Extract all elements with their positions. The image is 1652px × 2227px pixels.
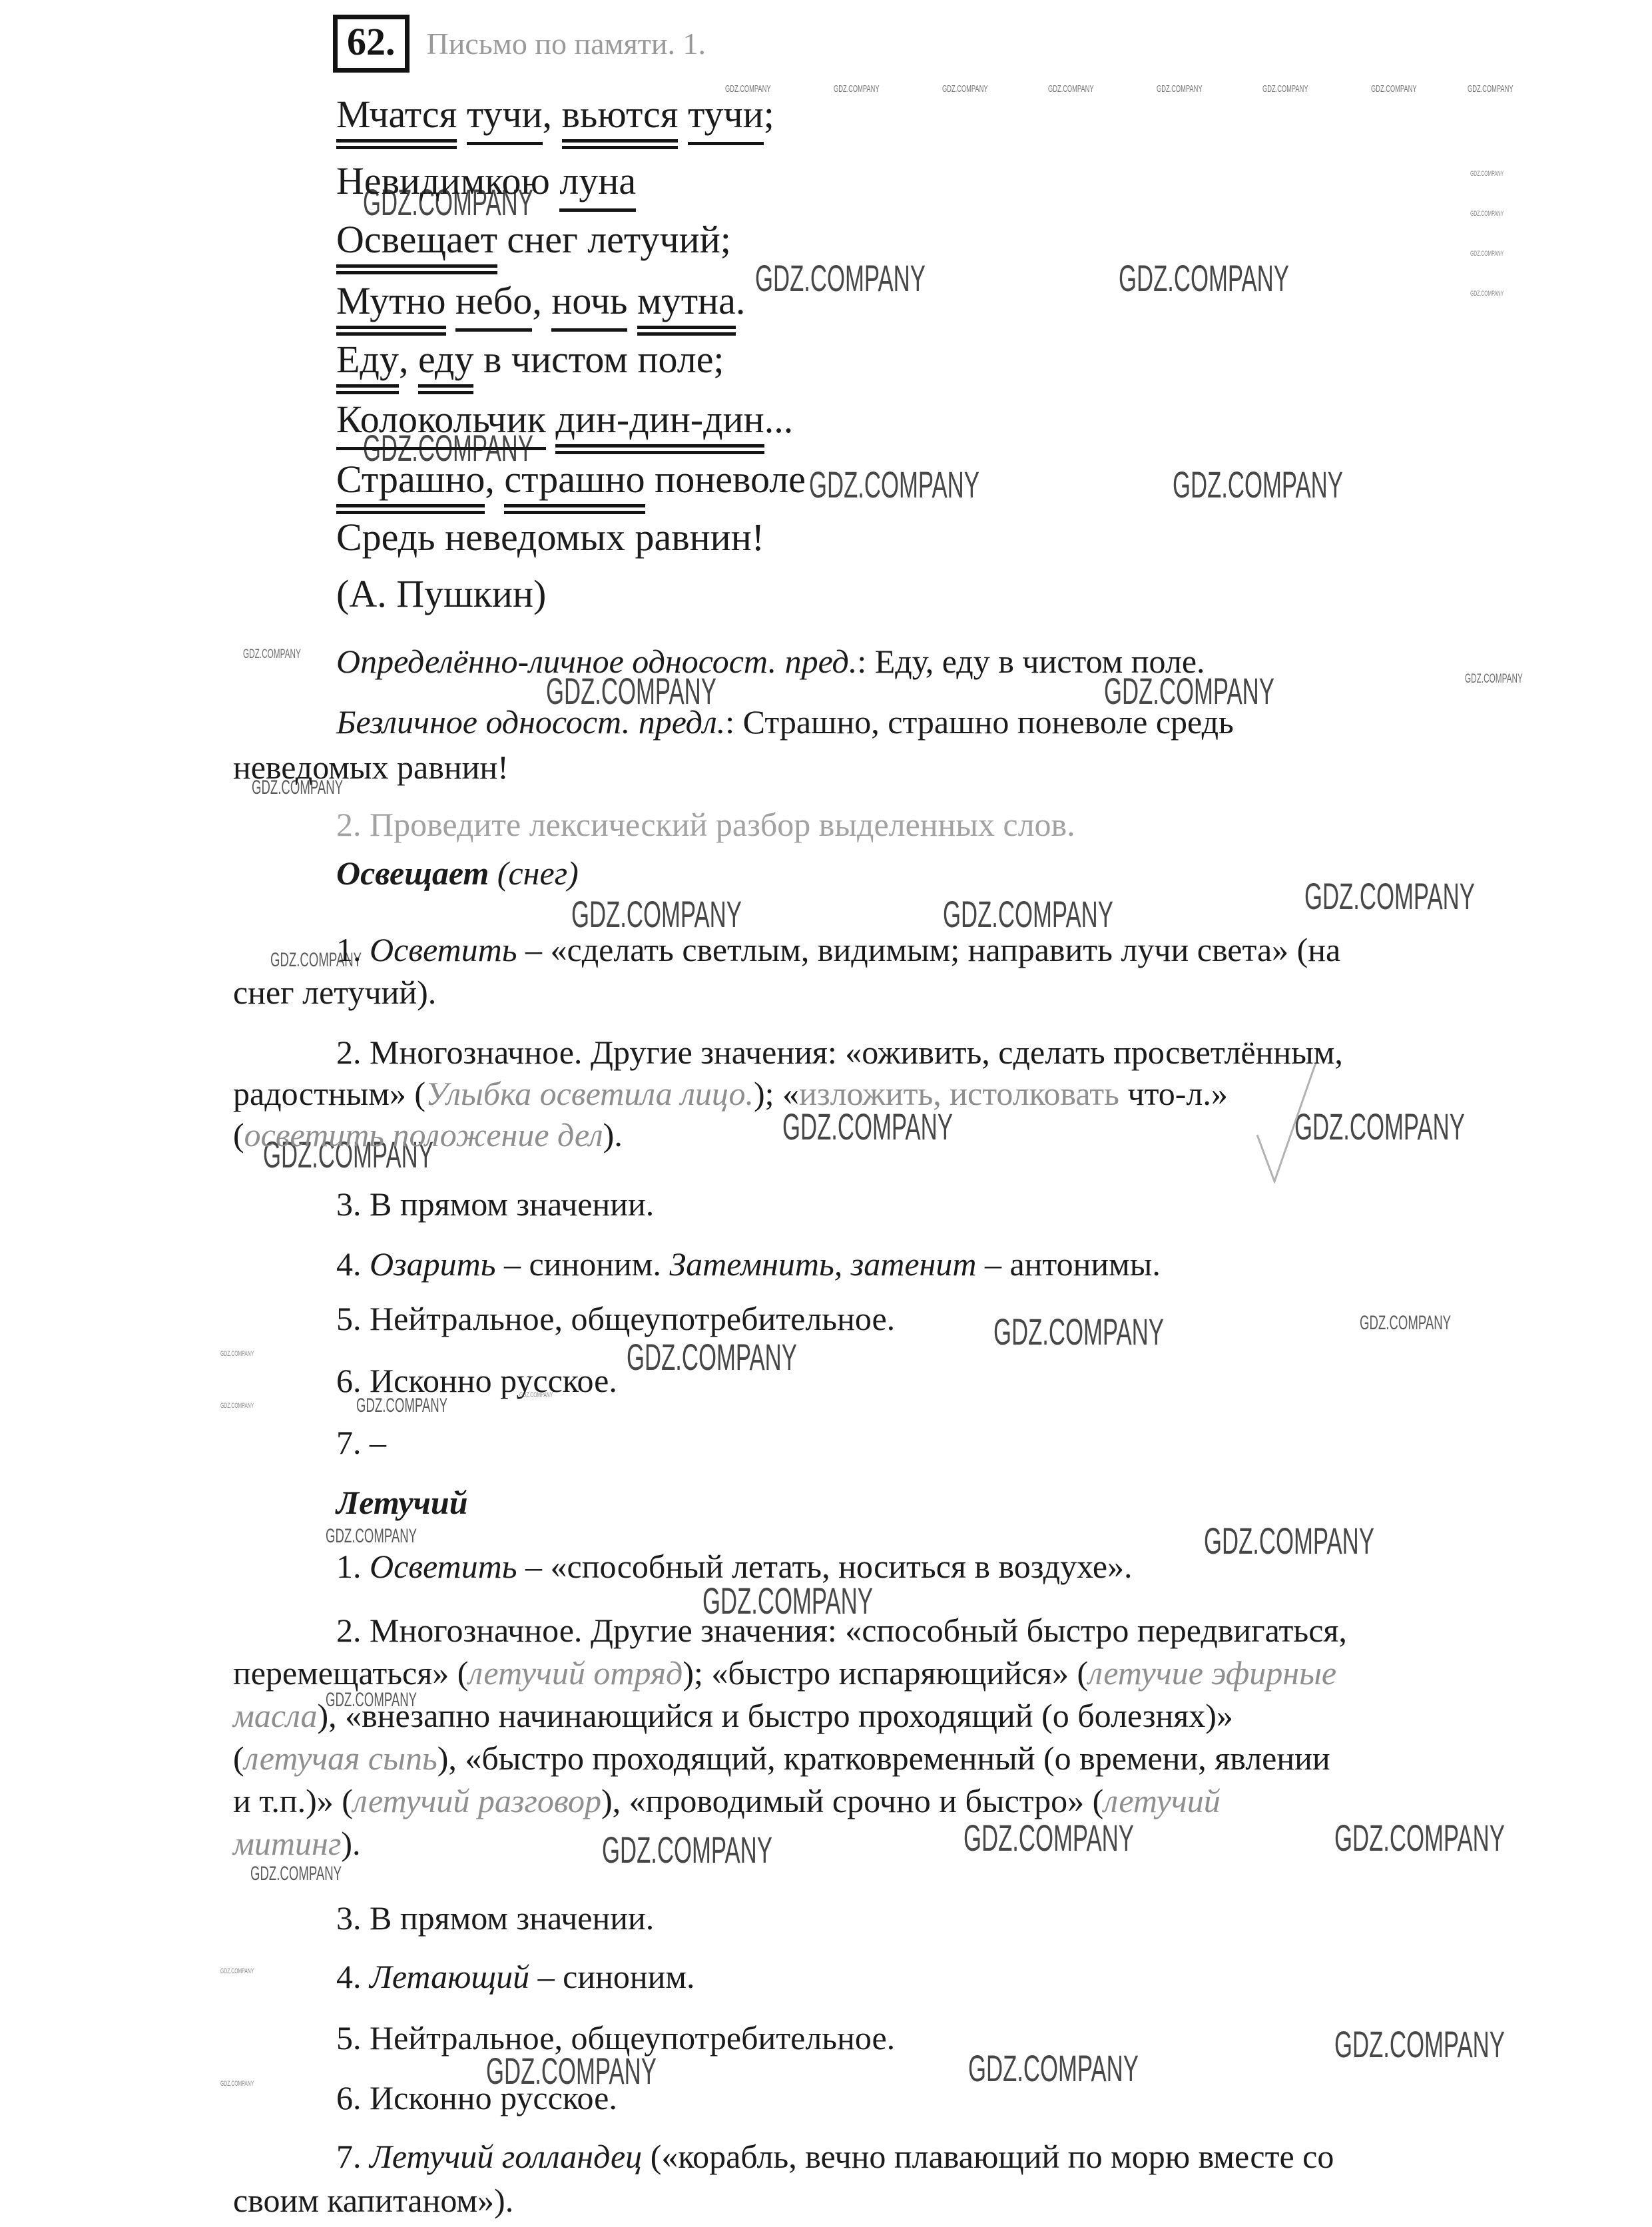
text-segment: 7.: [336, 2138, 370, 2175]
paragraph-line: (осветить положение дел).: [233, 1116, 623, 1153]
text-segment: [457, 93, 467, 136]
text-segment: осветить положение дел: [244, 1116, 603, 1153]
watermark: GDZ.COMPANY: [602, 1831, 772, 1869]
watermark: GDZ.COMPANY: [755, 260, 926, 297]
text-segment: Освещает: [336, 854, 489, 892]
text-segment: ).: [603, 1116, 623, 1153]
watermark: GDZ.COMPANY: [1371, 84, 1417, 94]
poem-line: Еду, еду в чистом поле;: [336, 338, 724, 394]
checkmark-watermark: [1254, 1060, 1318, 1183]
watermark: GDZ.COMPANY: [1334, 1819, 1505, 1857]
text-segment: 5. Нейтральное, общеупотребительное.: [336, 1300, 895, 1337]
watermark: GDZ.COMPANY: [627, 1339, 797, 1376]
text-segment: летучие эфирные: [1088, 1654, 1336, 1692]
poem-attribution: (А. Пушкин): [336, 573, 546, 616]
watermark: GDZ.COMPANY: [809, 466, 979, 503]
text-segment: радостным» (: [233, 1075, 425, 1112]
text-segment: что-л.»: [1119, 1075, 1228, 1112]
text-segment: [678, 93, 688, 136]
text-segment: масла: [233, 1697, 318, 1734]
watermark: GDZ.COMPANY: [220, 2080, 254, 2088]
paragraph-line: радостным» (Улыбка осветила лицо.); «изл…: [233, 1075, 1228, 1112]
paragraph-line: и т.п.)» (летучий разговор), «проводимый…: [233, 1782, 1221, 1819]
analysis-line: неведомых равнин!: [233, 749, 509, 786]
watermark: GDZ.COMPANY: [942, 84, 988, 94]
watermark: GDZ.COMPANY: [243, 648, 301, 661]
watermark: GDZ.COMPANY: [1204, 1522, 1374, 1560]
text-segment: ,: [543, 93, 562, 136]
text-segment: снег летучий).: [233, 974, 436, 1011]
text-segment: 5. Нейтральное, общеупотребительное.: [336, 2019, 895, 2057]
predicate-underlined-word: Мутно: [336, 280, 446, 336]
paragraph-line: 5. Нейтральное, общеупотребительное.: [336, 1300, 895, 1337]
text-segment: ), «проводимый срочно и быстро» (: [601, 1782, 1103, 1819]
subject-underlined-word: луна: [559, 160, 636, 212]
watermark: GDZ.COMPANY: [993, 1313, 1164, 1351]
text-segment: 7. –: [336, 1424, 386, 1461]
watermark: GDZ.COMPANY: [1465, 673, 1523, 685]
subject-underlined-word: небо: [455, 280, 532, 332]
text-segment: Определённо-личное односост. пред.: [336, 643, 857, 680]
text-segment: [446, 279, 456, 322]
word-heading: Летучий: [336, 1484, 468, 1521]
poem-line: Освещает снег летучий;: [336, 218, 731, 274]
text-segment: – «способный летать, носиться в воздухе»…: [517, 1548, 1133, 1585]
poem-line: Средь неведомых равнин!: [336, 516, 764, 559]
watermark: GDZ.COMPANY: [1468, 84, 1514, 94]
watermark: GDZ.COMPANY: [964, 1819, 1134, 1857]
paragraph-line: 1. Осветить – «сделать светлым, видимым;…: [336, 931, 1340, 968]
paragraph-line: 6. Исконно русское.: [336, 1362, 617, 1399]
text-segment: Летающий: [370, 1958, 529, 1995]
poem-line: Мутно небо, ночь мутна.: [336, 280, 745, 336]
subject-underlined-word: Колокольчик: [336, 398, 546, 450]
analysis-line: Безличное односост. предл.: Страшно, стр…: [336, 703, 1234, 741]
predicate-underlined-word: Страшно: [336, 458, 485, 514]
document-page: GDZ.COMPANYGDZ.COMPANYGDZ.COMPANYGDZ.COM…: [0, 0, 1652, 2227]
text-segment: : Еду, еду в чистом поле.: [857, 643, 1205, 680]
paragraph-line: 2. Многозначное. Другие значения: «оживи…: [336, 1034, 1343, 1071]
paragraph-line: 7. –: [336, 1424, 386, 1461]
text-segment: ,: [399, 338, 418, 381]
predicate-underlined-word: Освещает: [336, 218, 497, 274]
text-segment: – антонимы.: [976, 1245, 1160, 1283]
text-segment: ); «: [754, 1075, 799, 1112]
watermark: GDZ.COMPANY: [220, 1968, 254, 1975]
text-segment: ;: [764, 93, 774, 136]
text-segment: Осветить: [370, 931, 517, 968]
text-segment: Невидимкою: [336, 159, 559, 202]
text-segment: митинг: [233, 1825, 341, 1862]
watermark: GDZ.COMPANY: [1304, 878, 1475, 915]
poem-line: Мчатся тучи, вьются тучи;: [336, 93, 774, 149]
text-segment: летучий разговор: [353, 1782, 601, 1819]
text-segment: Летучий: [336, 1484, 468, 1521]
text-segment: (снег): [489, 854, 579, 892]
text-segment: ); «быстро испаряющийся» (: [683, 1654, 1088, 1692]
paragraph-line: 3. В прямом значении.: [336, 1899, 654, 1937]
text-segment: 6. Исконно русское.: [336, 2079, 617, 2116]
exercise-number-badge: 62.: [333, 15, 410, 73]
watermark: GDZ.COMPANY: [1048, 84, 1094, 94]
paragraph-line: 2. Многозначное. Другие значения: «спосо…: [336, 1612, 1347, 1649]
exercise-header: 62.Письмо по памяти. 1.: [333, 15, 706, 73]
text-segment: Средь неведомых равнин!: [336, 515, 764, 559]
exercise-title: Письмо по памяти. 1.: [427, 27, 706, 61]
text-segment: (: [233, 1740, 244, 1777]
text-segment: : Страшно, страшно поневоле средь: [725, 703, 1234, 741]
subject-underlined-word: тучи: [467, 93, 543, 145]
predicate-underlined-word: страшно: [504, 458, 645, 514]
paragraph-line: масла), «внезапно начинающийся и быстро …: [233, 1697, 1233, 1734]
text-segment: 6. Исконно русское.: [336, 1362, 617, 1399]
predicate-underlined-word: еду: [418, 338, 474, 394]
text-segment: ).: [341, 1825, 360, 1862]
text-segment: в чистом поле;: [473, 338, 724, 381]
paragraph-line: 6. Исконно русское.: [336, 2079, 617, 2116]
text-segment: поневоле: [645, 458, 806, 501]
subject-underlined-word: ночь: [551, 280, 627, 332]
watermark: GDZ.COMPANY: [834, 84, 880, 94]
text-segment: Озарить: [370, 1245, 495, 1283]
analysis-line: Определённо-личное односост. пред.: Еду,…: [336, 643, 1205, 680]
paragraph-line: 1. Осветить – «способный летать, носитьс…: [336, 1548, 1133, 1585]
text-segment: – «сделать светлым, видимым; направить л…: [517, 931, 1341, 968]
watermark: GDZ.COMPANY: [1262, 84, 1308, 94]
paragraph-line: 4. Озарить – синоним. Затемнить, затенит…: [336, 1245, 1161, 1283]
watermark: GDZ.COMPANY: [1294, 1108, 1465, 1145]
paragraph-line: своим капитаном»).: [233, 2182, 513, 2219]
watermark: GDZ.COMPANY: [1470, 210, 1504, 218]
text-segment: 3. В прямом значении.: [336, 1185, 654, 1223]
paragraph-line: (летучая сыпь), «быстро проходящий, крат…: [233, 1740, 1330, 1777]
watermark: GDZ.COMPANY: [220, 1351, 254, 1358]
text-segment: Затемнить, затенит: [669, 1245, 976, 1283]
text-segment: Осветить: [370, 1548, 517, 1585]
text-segment: (А. Пушкин): [336, 572, 546, 615]
poem-line: Страшно, страшно поневоле: [336, 458, 806, 514]
text-segment: – синоним.: [495, 1245, 669, 1283]
text-segment: неведомых равнин!: [233, 749, 509, 786]
text-segment: .: [736, 279, 746, 322]
text-segment: ...: [764, 398, 794, 441]
text-segment: и т.п.)» (: [233, 1782, 353, 1819]
watermark: GDZ.COMPANY: [1470, 290, 1504, 298]
text-segment: 2. Многозначное. Другие значения: «оживи…: [336, 1034, 1343, 1071]
predicate-underlined-word: мутна: [637, 280, 736, 336]
text-segment: – синоним.: [529, 1958, 694, 1995]
paragraph-line: 3. В прямом значении.: [336, 1185, 654, 1223]
predicate-underlined-word: Мчатся: [336, 93, 457, 149]
predicate-underlined-word: вьются: [562, 93, 679, 149]
text-segment: ,: [485, 458, 504, 501]
text-segment: летучий: [1103, 1782, 1221, 1819]
text-segment: 1.: [336, 1548, 370, 1585]
text-segment: ), «внезапно начинающийся и быстро прохо…: [318, 1697, 1233, 1734]
watermark: GDZ.COMPANY: [943, 896, 1113, 933]
text-segment: 4.: [336, 1958, 370, 1995]
watermark: GDZ.COMPANY: [326, 1526, 417, 1546]
text-segment: Безличное односост. предл.: [336, 703, 725, 741]
poem-line: Колокольчик дин-дин-дин...: [336, 398, 793, 454]
watermark: GDZ.COMPANY: [968, 2050, 1139, 2087]
watermark: GDZ.COMPANY: [1334, 2026, 1505, 2063]
text-segment: летучий отряд: [468, 1654, 683, 1692]
paragraph-line: 4. Летающий – синоним.: [336, 1958, 695, 1995]
text-segment: изложить, истолковать: [799, 1075, 1119, 1112]
text-segment: своим капитаном»).: [233, 2182, 513, 2219]
text-segment: 1.: [336, 931, 370, 968]
watermark: GDZ.COMPANY: [1360, 1313, 1451, 1333]
paragraph-line: снег летучий).: [233, 974, 436, 1011]
watermark: GDZ.COMPANY: [1173, 466, 1343, 503]
text-segment: [627, 279, 637, 322]
paragraph-line: 7. Летучий голландец («корабль, вечно пл…: [336, 2138, 1334, 2175]
text-segment: 3. В прямом значении.: [336, 1899, 654, 1937]
watermark: GDZ.COMPANY: [220, 1403, 254, 1410]
watermark: GDZ.COMPANY: [571, 896, 742, 933]
paragraph-line: 5. Нейтральное, общеупотребительное.: [336, 2019, 895, 2057]
text-segment: перемещаться» (: [233, 1654, 468, 1692]
text-segment: снег летучий;: [497, 218, 731, 261]
text-segment: Улыбка осветила лицо.: [425, 1075, 754, 1112]
watermark: GDZ.COMPANY: [1470, 170, 1504, 178]
paragraph-line: перемещаться» (летучий отряд); «быстро и…: [233, 1654, 1336, 1692]
watermark: GDZ.COMPANY: [250, 1864, 342, 1884]
paragraph-line: митинг).: [233, 1825, 361, 1862]
task-prompt: 2. Проведите лексический разбор выделенн…: [336, 806, 1075, 843]
watermark: GDZ.COMPANY: [782, 1108, 953, 1145]
text-segment: (: [233, 1116, 244, 1153]
text-segment: летучая сыпь: [244, 1740, 437, 1777]
predicate-underlined-word: дин-дин-дин: [555, 398, 764, 454]
text-segment: («корабль, вечно плавающий по морю вмест…: [642, 2138, 1334, 2175]
text-segment: 4.: [336, 1245, 370, 1283]
text-segment: Летучий голландец: [370, 2138, 642, 2175]
poem-line: Невидимкою луна: [336, 160, 636, 212]
word-heading: Освещает (снег): [336, 854, 579, 892]
subject-underlined-word: тучи: [688, 93, 764, 145]
text-segment: ,: [532, 279, 551, 322]
watermark: GDZ.COMPANY: [1157, 84, 1203, 94]
text-segment: [546, 398, 556, 441]
predicate-underlined-word: Еду: [336, 338, 399, 394]
text-segment: 2. Многозначное. Другие значения: «спосо…: [336, 1612, 1347, 1649]
watermark: GDZ.COMPANY: [1470, 250, 1504, 258]
watermark: GDZ.COMPANY: [1119, 260, 1289, 297]
text-segment: ), «быстро проходящий, кратковременный (…: [437, 1740, 1330, 1777]
